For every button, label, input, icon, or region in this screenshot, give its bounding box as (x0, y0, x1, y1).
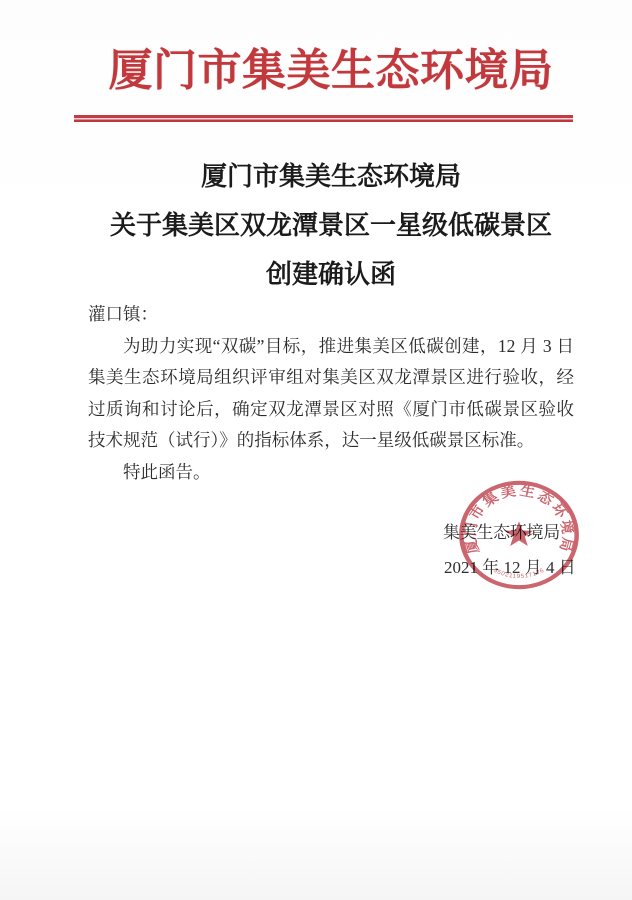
body-paragraph: 为助力实现“双碳”目标，推进集美区低碳创建，12 月 3 日集美生态环境局组织评… (88, 331, 574, 457)
letterhead-agency-name: 厦门市集美生态环境局 (88, 40, 574, 102)
seal-serial-holder: 3502119517176 (492, 567, 546, 580)
salutation: 灌口镇： (88, 299, 574, 331)
document-title-line-3: 创建确认函 (88, 250, 574, 299)
document-title: 厦门市集美生态环境局 关于集美区双龙潭景区一星级低碳景区 创建确认函 (88, 152, 574, 299)
document-title-line-2: 关于集美区双龙潭景区一星级低碳景区 (88, 201, 574, 250)
seal-ring-text-holder: 厦门市集美生态环境局 (460, 482, 578, 556)
document-page: 厦门市集美生态环境局 厦门市集美生态环境局 关于集美区双龙潭景区一星级低碳景区 … (0, 0, 632, 900)
document-title-line-1: 厦门市集美生态环境局 (88, 152, 574, 201)
seal-ring-text: 厦门市集美生态环境局 (460, 482, 578, 556)
document-body: 灌口镇： 为助力实现“双碳”目标，推进集美区低碳创建，12 月 3 日集美生态环… (88, 299, 574, 488)
letterhead-divider (74, 115, 573, 122)
official-seal: 厦门市集美生态环境局 3502119517176 (456, 478, 582, 592)
seal-serial-number: 3502119517176 (492, 567, 546, 580)
star-icon (505, 521, 533, 546)
